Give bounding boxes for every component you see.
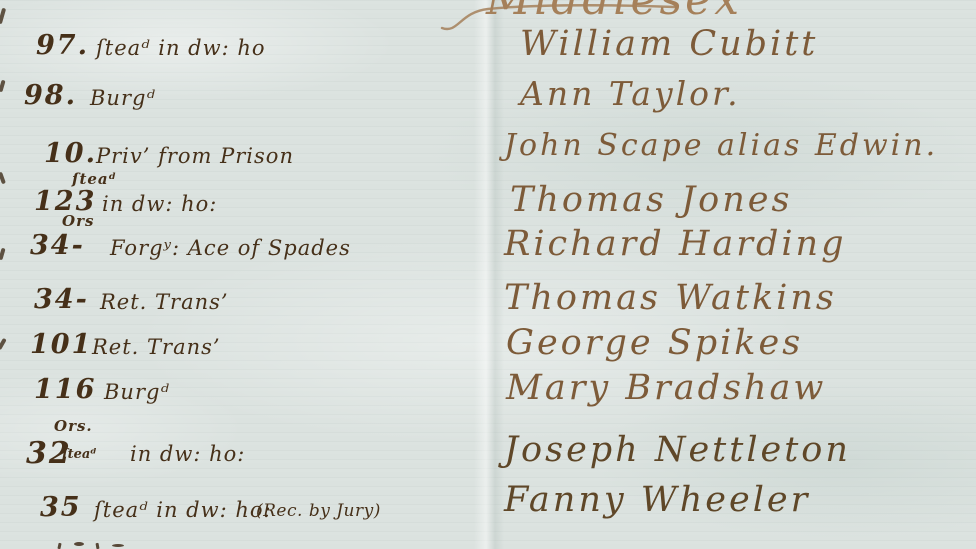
- interlined-word: Ors.: [54, 417, 93, 435]
- offence-text: Burgᵈ: [104, 380, 170, 404]
- case-number: 34-: [30, 230, 85, 261]
- offence-text: Ret. Trans’: [100, 290, 229, 314]
- register-row: 97. ſteaᵈ in dw: ho William Cubitt: [0, 30, 976, 78]
- prisoner-name: Richard Harding: [504, 224, 846, 264]
- case-number: 101: [30, 329, 92, 360]
- offence-text: ſteaᵈ in dw: ho: [96, 36, 266, 60]
- register-row: 101 Ret. Trans’ George Spikes: [0, 329, 976, 377]
- case-number: 10.: [44, 138, 97, 169]
- case-number: 35: [40, 492, 82, 523]
- case-number: 98.: [24, 80, 77, 111]
- interlined-word: Ors: [62, 212, 94, 230]
- register-row: 98. Burgᵈ Ann Taylor.: [0, 80, 976, 128]
- register-page: Middlesex 97. ſteaᵈ in dw: ho William Cu…: [0, 0, 976, 549]
- offence-text: Forgʸ: Ace of Spades: [110, 236, 351, 260]
- offence-text: in dw: ho:: [102, 192, 217, 216]
- prisoner-name: Joseph Nettleton: [504, 430, 851, 470]
- offence-text: in dw: ho:: [130, 442, 245, 466]
- register-row: 35 ſteaᵈ in dw: ho: (Rec. by Jury) Fanny…: [0, 492, 976, 540]
- case-number: 97.: [36, 30, 89, 61]
- prisoner-name: Mary Bradshaw: [506, 368, 826, 408]
- prisoner-name: William Cubitt: [520, 24, 818, 64]
- interlined-word: ſteaᵈ: [62, 447, 97, 462]
- register-row: 34- Ret. Trans’ Thomas Watkins: [0, 284, 976, 332]
- offence-text: Priv’ from Prison: [96, 144, 294, 168]
- prisoner-name: Thomas Watkins: [504, 278, 837, 318]
- edge-ink-mark: [0, 8, 6, 24]
- prisoner-name: Ann Taylor.: [520, 74, 741, 113]
- interlined-word: ſteaᵈ: [72, 170, 117, 188]
- register-row: 10. Priv’ from Prison John Scape alias E…: [0, 138, 976, 186]
- register-row: 32 Ors. ſteaᵈ in dw: ho: Joseph Nettleto…: [0, 436, 976, 484]
- offence-text: ſteaᵈ in dw: ho:: [94, 498, 272, 522]
- register-row: 116 Burgᵈ Mary Bradshaw: [0, 374, 976, 422]
- prisoner-name: Fanny Wheeler: [504, 480, 810, 520]
- prisoner-name: Thomas Jones: [510, 180, 792, 220]
- offence-text: Burgᵈ: [90, 86, 156, 110]
- prisoner-name: John Scape alias Edwin.: [504, 128, 938, 163]
- case-number: 116: [34, 374, 96, 405]
- case-number: 34-: [34, 284, 89, 315]
- verdict-note: (Rec. by Jury): [256, 501, 381, 521]
- register-row: 34- Ors Forgʸ: Ace of Spades Richard Har…: [0, 230, 976, 278]
- prisoner-name: George Spikes: [506, 323, 803, 363]
- offence-text: Ret. Trans’: [92, 335, 221, 359]
